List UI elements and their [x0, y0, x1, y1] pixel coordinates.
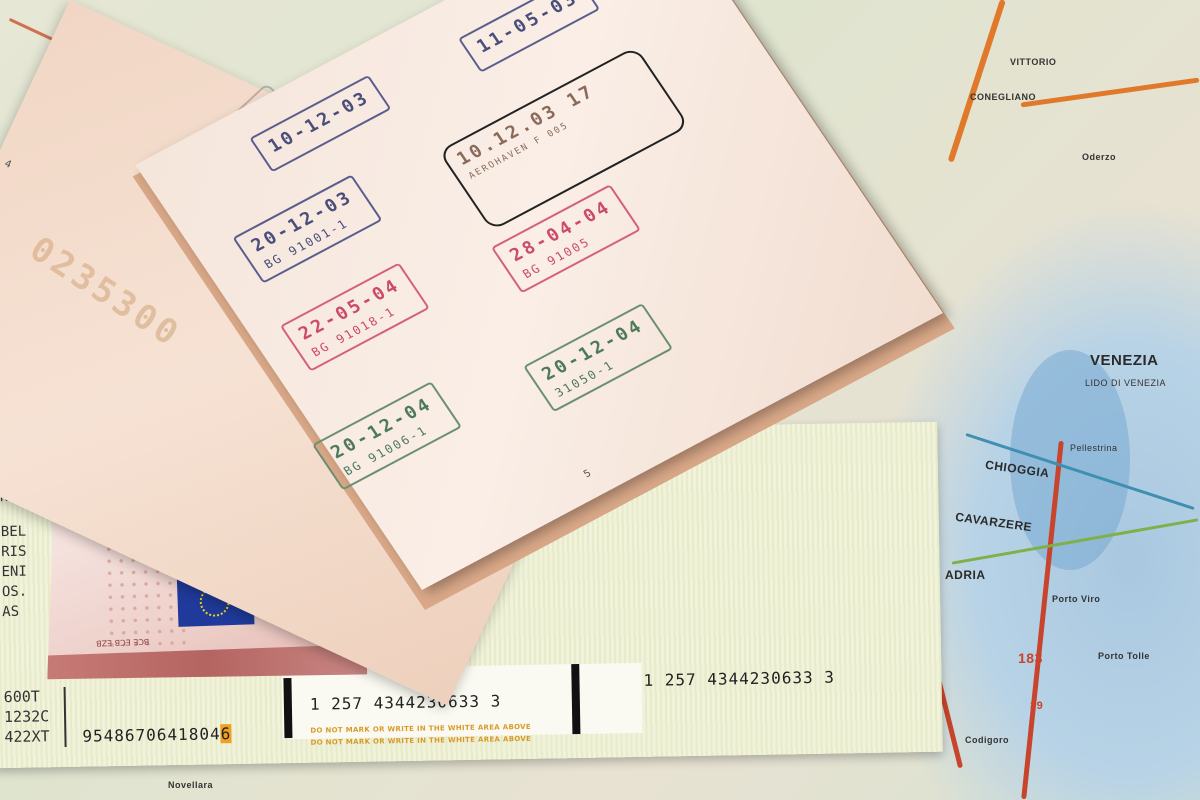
perforated-number: 0235300	[23, 229, 188, 356]
map-label: Codigoro	[965, 735, 1009, 745]
page-number: 5	[582, 468, 594, 480]
visa-stamp: 20-12-04 31050-1	[523, 303, 673, 412]
ticket-code-line: 95486706418046	[82, 724, 231, 746]
visa-stamp-airport: 10.12.03 17 AEROHAVEN F 005	[438, 46, 690, 231]
passenger-name: OS.	[2, 584, 28, 600]
passenger-name: RIS	[1, 544, 27, 560]
map-label: Novellara	[168, 780, 213, 790]
passport: 16.VII.06 ZA 28 41 DE 05 0235300 4 10-12…	[30, 0, 1130, 700]
passenger-name: AS	[2, 604, 19, 620]
passenger-name: ENI	[1, 564, 27, 580]
ticket-left-code: 1232C	[4, 707, 49, 726]
passenger-name: BEL	[1, 524, 27, 540]
page-number: 4	[3, 158, 13, 171]
visa-stamp: 22-05-04 BG 91018-1	[280, 263, 430, 372]
ticket-left-code: 422XT	[4, 727, 49, 746]
road-number: 39	[1030, 700, 1043, 712]
visa-stamp: 20-12-03 BG 91001-1	[232, 175, 382, 284]
visa-stamp: 20-12-04 BG 91006-1	[312, 381, 462, 490]
visa-stamp: 11-05-03	[458, 0, 600, 73]
